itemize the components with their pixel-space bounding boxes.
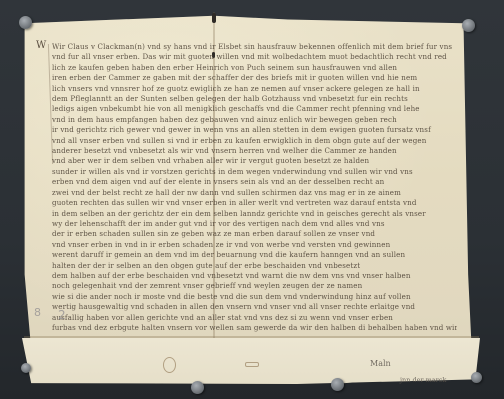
charter-text: Wir Claus v Clackman(n) vnd sy hans vnd … [52, 42, 457, 332]
endorsement-line-2: jnn der marck [400, 376, 446, 384]
text-line: erben vnd dem aigen vnd auf der elente i… [52, 177, 457, 187]
horizontal-fold-line [24, 336, 479, 338]
text-line: der ir erben schaden sullen sin ze geben… [52, 229, 457, 239]
text-line: ledigs aigen vnbekumbt hie von all menig… [52, 104, 457, 114]
text-line: halten der der ir selben an den obgen gu… [52, 261, 457, 271]
text-line: vnd in dem haus empfangen haben dez geba… [52, 115, 457, 125]
text-line: wertig hausgewaltig vnd schaden in allen… [52, 302, 457, 312]
text-line: vnd all vnser erben vnd sullen si vnd ir… [52, 136, 457, 146]
seal-slit-left [163, 357, 176, 373]
text-line: dem halben auf der erbe beschaiden vnd v… [52, 271, 457, 281]
endorsement-line-1: Maln [370, 359, 391, 368]
seal-slit-center [245, 362, 259, 367]
text-line: werent daruff ir gemein an dem vnd im de… [52, 250, 457, 260]
text-line: anderer besetzt vnd vnbesetzt als wir vn… [52, 146, 457, 156]
text-line: noch gelegenhait vnd der zemrent vnser g… [52, 281, 457, 291]
top-notch [212, 13, 216, 23]
text-line: sunder ir willen als vnd ir vorstzen ger… [52, 167, 457, 177]
pin-bottom-center-right [331, 378, 344, 391]
pin-top-right [462, 19, 475, 32]
text-line: lich vnsers vnd vnnsrer hof ze guotz ewi… [52, 84, 457, 94]
pencil-mark: 8 [34, 306, 41, 319]
text-line: vnd vnser erben in vnd in ir erben schad… [52, 240, 457, 250]
text-line: vnd aber wer ir dem selben vnd vrhaben a… [52, 156, 457, 166]
text-line: ausfallig haben vor allen gerichte vnd a… [52, 313, 457, 323]
text-line: ir vnd gerichtz rich gewer vnd gewer in … [52, 125, 457, 135]
pin-top-left [19, 16, 32, 29]
text-line: in dem selben an der gerichtz der ein de… [52, 209, 457, 219]
pin-bottom-left [21, 363, 31, 373]
text-line: wy der lehenschafft der im ander gut vnd… [52, 219, 457, 229]
photo-stage: W Wir Claus v Clackman(n) vnd sy hans vn… [0, 0, 504, 399]
text-line: zwei vnd der belst recht ze hall der nw … [52, 188, 457, 198]
text-line: furbas vnd dez erbgute halten vnsern vor… [52, 323, 457, 332]
text-line: guoten rechten das sullen wir vnd vnser … [52, 198, 457, 208]
pencil-mark: 2 [58, 308, 66, 322]
text-line: vnd fur all vnser erben. Das wir mit guo… [52, 52, 457, 62]
text-line: Wir Claus v Clackman(n) vnd sy hans vnd … [52, 42, 457, 52]
pin-bottom-right [471, 372, 482, 383]
text-line: lich ze kaufen geben haben den erber Hei… [52, 63, 457, 73]
text-line: iren erben der Cammer ze gaben mit der s… [52, 73, 457, 83]
text-line: dem Pfleglanntt an der Sunten selben gel… [52, 94, 457, 104]
pin-bottom-center [191, 381, 204, 394]
text-line: wie si die ander noch ir moste vnd die b… [52, 292, 457, 302]
decorated-initial: W [36, 40, 46, 51]
